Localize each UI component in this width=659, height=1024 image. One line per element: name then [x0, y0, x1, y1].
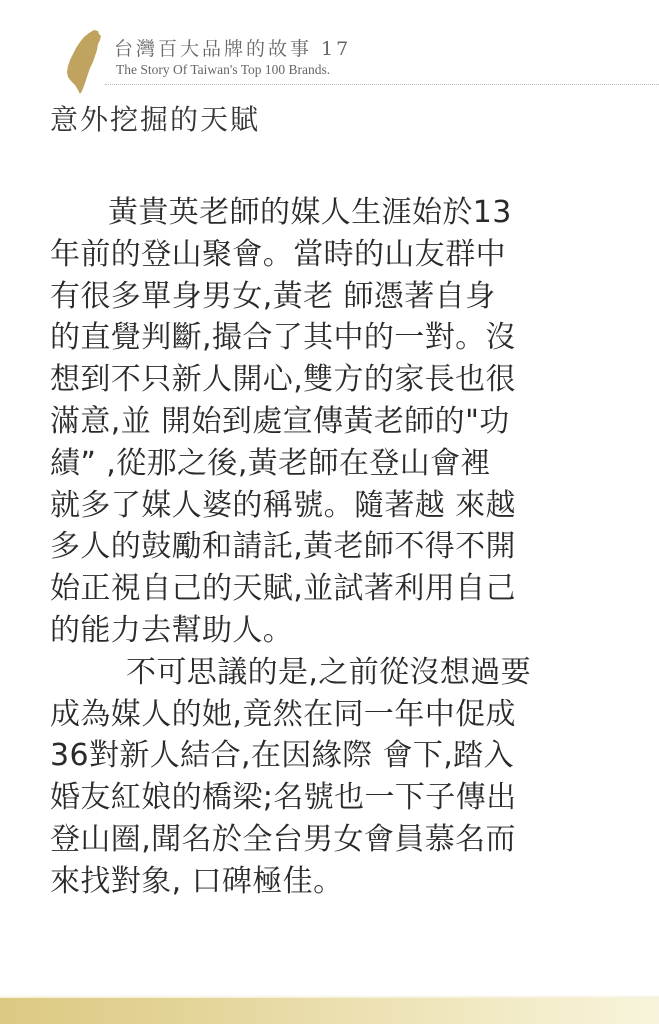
body-line: 黃貴英老師的媒人生涯始於13: [50, 192, 630, 234]
body-line: 的能力去幫助人。: [50, 610, 630, 652]
body-line: 成為媒人的她,竟然在同一年中促成: [50, 694, 630, 736]
header-title: 台灣百大品牌的故事 17: [114, 34, 351, 61]
article-body: 黃貴英老師的媒人生涯始於13 年前的登山聚會。當時的山友群中 有很多單身男女,黃…: [50, 192, 630, 903]
body-line: 想到不只新人開心,雙方的家長也很: [50, 359, 630, 401]
body-line: 婚友紅娘的橋梁;名號也一下子傳出: [50, 777, 630, 819]
footer-gold-bar: [0, 998, 659, 1024]
body-line: 有很多單身男女,黃老 師憑著自身: [50, 276, 630, 318]
body-line: 績” ,從那之後,黃老師在登山會裡: [50, 443, 630, 485]
body-line: 36對新人結合,在因緣際 會下,踏入: [50, 735, 630, 777]
body-line: 滿意,並 開始到處宣傳黃老師的"功: [50, 401, 630, 443]
taiwan-island-icon: [64, 28, 104, 96]
body-line: 始正視自己的天賦,並試著利用自己: [50, 568, 630, 610]
body-line: 的直覺判斷,撮合了其中的一對。沒: [50, 317, 630, 359]
header-divider: [105, 84, 659, 85]
body-line: 就多了媒人婆的稱號。隨著越 來越: [50, 485, 630, 527]
section-title: 意外挖掘的天賦: [50, 98, 260, 138]
page-header: 台灣百大品牌的故事 17 The Story Of Taiwan's Top 1…: [0, 0, 659, 96]
header-subtitle: The Story Of Taiwan's Top 100 Brands.: [116, 62, 330, 78]
body-line: 年前的登山聚會。當時的山友群中: [50, 234, 630, 276]
body-line: 多人的鼓勵和請託,黃老師不得不開: [50, 526, 630, 568]
body-line: 登山圈,聞名於全台男女會員慕名而: [50, 819, 630, 861]
body-line: 不可思議的是,之前從沒想過要: [50, 652, 630, 694]
body-line: 來找對象, 口碑極佳。: [50, 861, 630, 903]
